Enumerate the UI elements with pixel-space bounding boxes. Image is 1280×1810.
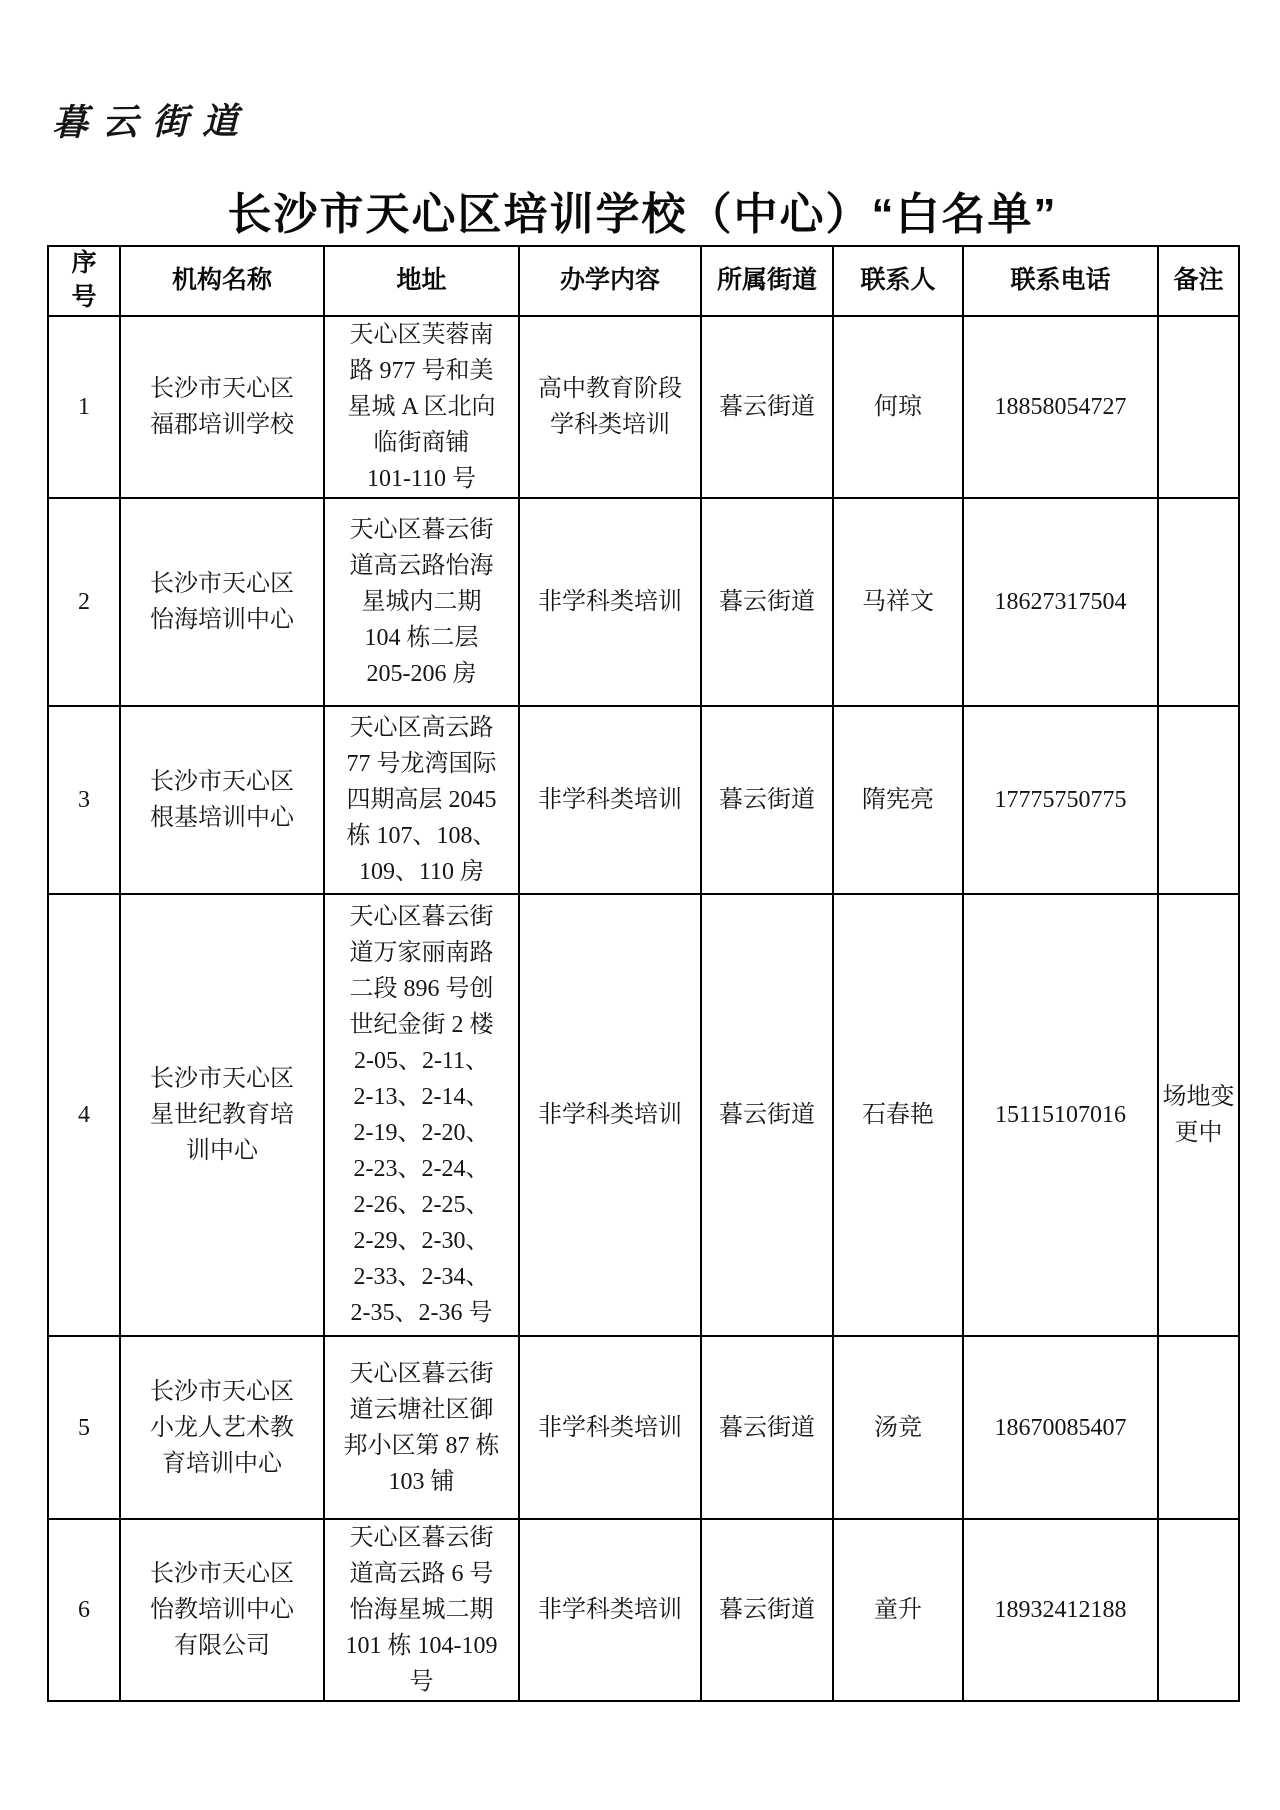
cell-remark [1158,498,1239,706]
document-page: 暮云街道 长沙市天心区培训学校（中心）“白名单” 序 号 机构名称 地址 办学内… [0,0,1280,1810]
cell-street: 暮云街道 [701,1519,833,1701]
cell-contact: 隋宪亮 [833,706,963,894]
cell-content: 非学科类培训 [519,498,701,706]
cell-remark [1158,1336,1239,1519]
cell-phone: 17775750775 [963,706,1158,894]
header-org-name: 机构名称 [120,246,324,316]
cell-phone: 18670085407 [963,1336,1158,1519]
cell-street: 暮云街道 [701,894,833,1336]
table-header-row: 序 号 机构名称 地址 办学内容 所属街道 联系人 联系电话 备注 [48,246,1239,316]
cell-org-name: 长沙市天心区 星世纪教育培 训中心 [120,894,324,1336]
cell-phone: 18932412188 [963,1519,1158,1701]
header-address: 地址 [324,246,519,316]
table-row: 2 长沙市天心区 怡海培训中心 天心区暮云街 道高云路怡海 星城内二期 104 … [48,498,1239,706]
cell-serial: 1 [48,316,120,498]
cell-contact: 石春艳 [833,894,963,1336]
cell-contact: 童升 [833,1519,963,1701]
header-remark: 备注 [1158,246,1239,316]
cell-org-name: 长沙市天心区 怡海培训中心 [120,498,324,706]
cell-address: 天心区暮云街 道高云路 6 号 怡海星城二期 101 栋 104-109 号 [324,1519,519,1701]
cell-org-name: 长沙市天心区 福郡培训学校 [120,316,324,498]
cell-contact: 马祥文 [833,498,963,706]
cell-serial: 6 [48,1519,120,1701]
cell-content: 非学科类培训 [519,894,701,1336]
cell-street: 暮云街道 [701,316,833,498]
handwritten-street-note: 暮云街道 [52,93,252,146]
cell-address: 天心区暮云街 道云塘社区御 邦小区第 87 栋 103 铺 [324,1336,519,1519]
cell-address: 天心区高云路 77 号龙湾国际 四期高层 2045 栋 107、108、 109… [324,706,519,894]
cell-remark [1158,316,1239,498]
cell-street: 暮云街道 [701,706,833,894]
cell-org-name: 长沙市天心区 怡教培训中心 有限公司 [120,1519,324,1701]
cell-phone: 15115107016 [963,894,1158,1336]
header-phone: 联系电话 [963,246,1158,316]
cell-street: 暮云街道 [701,498,833,706]
header-contact: 联系人 [833,246,963,316]
cell-remark: 场地变 更中 [1158,894,1239,1336]
header-serial: 序 号 [48,246,120,316]
cell-address: 天心区暮云街 道万家丽南路 二段 896 号创 世纪金街 2 楼 2-05、2-… [324,894,519,1336]
cell-phone: 18627317504 [963,498,1158,706]
table-row: 3 长沙市天心区 根基培训中心 天心区高云路 77 号龙湾国际 四期高层 204… [48,706,1239,894]
cell-phone: 18858054727 [963,316,1158,498]
header-street: 所属街道 [701,246,833,316]
table-row: 4 长沙市天心区 星世纪教育培 训中心 天心区暮云街 道万家丽南路 二段 896… [48,894,1239,1336]
cell-content: 非学科类培训 [519,1336,701,1519]
cell-address: 天心区芙蓉南 路 977 号和美 星城 A 区北向 临街商铺 101-110 号 [324,316,519,498]
cell-content: 高中教育阶段 学科类培训 [519,316,701,498]
cell-remark [1158,1519,1239,1701]
whitelist-table: 序 号 机构名称 地址 办学内容 所属街道 联系人 联系电话 备注 1 长沙市天… [47,245,1240,1702]
cell-org-name: 长沙市天心区 根基培训中心 [120,706,324,894]
cell-serial: 5 [48,1336,120,1519]
cell-street: 暮云街道 [701,1336,833,1519]
cell-remark [1158,706,1239,894]
cell-contact: 何琼 [833,316,963,498]
cell-serial: 4 [48,894,120,1336]
header-content: 办学内容 [519,246,701,316]
table-row: 6 长沙市天心区 怡教培训中心 有限公司 天心区暮云街 道高云路 6 号 怡海星… [48,1519,1239,1701]
cell-content: 非学科类培训 [519,1519,701,1701]
table-row: 5 长沙市天心区 小龙人艺术教 育培训中心 天心区暮云街 道云塘社区御 邦小区第… [48,1336,1239,1519]
cell-address: 天心区暮云街 道高云路怡海 星城内二期 104 栋二层 205-206 房 [324,498,519,706]
cell-serial: 2 [48,498,120,706]
cell-content: 非学科类培训 [519,706,701,894]
table-row: 1 长沙市天心区 福郡培训学校 天心区芙蓉南 路 977 号和美 星城 A 区北… [48,316,1239,498]
cell-org-name: 长沙市天心区 小龙人艺术教 育培训中心 [120,1336,324,1519]
cell-serial: 3 [48,706,120,894]
cell-contact: 汤竞 [833,1336,963,1519]
page-title: 长沙市天心区培训学校（中心）“白名单” [47,178,1238,242]
